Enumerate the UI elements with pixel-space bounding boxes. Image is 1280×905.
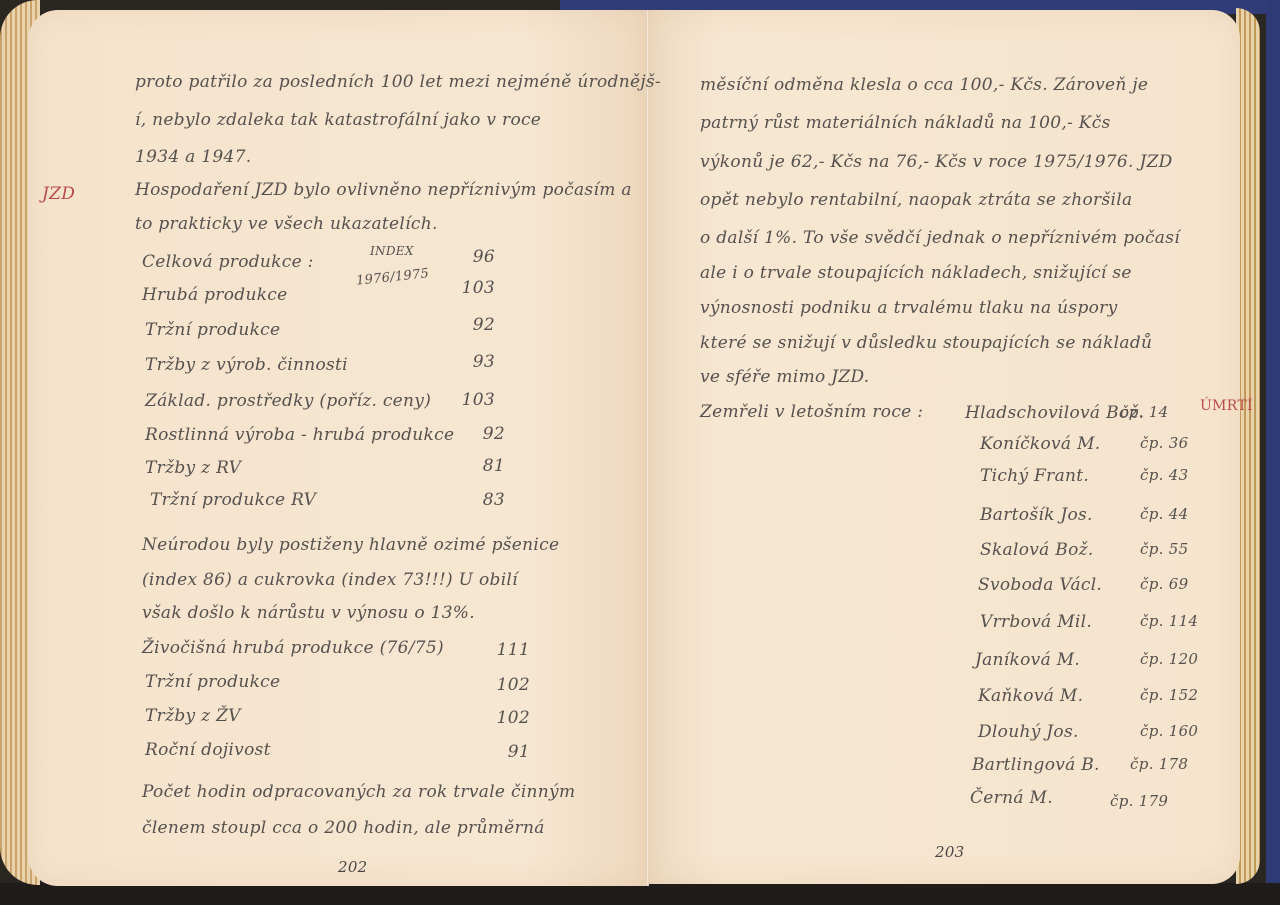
text-line: (index 86) a cukrovka (index 73!!!) U ob…: [142, 570, 518, 590]
table-row-value: 96: [435, 247, 495, 267]
death-house: čp. 14: [1120, 403, 1168, 421]
text-line: o další 1%. To vše svědčí jednak o nepří…: [700, 228, 1180, 248]
table-row-value: 102: [470, 675, 530, 695]
table-row-value: 91: [470, 742, 530, 762]
death-house: čp. 178: [1130, 755, 1188, 773]
text-line: výnosnosti podniku a trvalému tlaku na ú…: [700, 298, 1118, 318]
text-line: Počet hodin odpracovaných za rok trvale …: [142, 782, 575, 802]
death-name: Bartošík Jos.: [980, 505, 1093, 525]
background-surface: [0, 883, 1280, 905]
deaths-intro: Zemřeli v letošním roce :: [700, 402, 923, 422]
text-line: í, nebylo zdaleka tak katastrofální jako…: [135, 110, 541, 130]
death-house: čp. 55: [1140, 540, 1188, 558]
table-row-value: 103: [435, 390, 495, 410]
table-row-value: 102: [470, 708, 530, 728]
text-line: členem stoupl cca o 200 hodin, ale průmě…: [142, 818, 545, 838]
table-row-value: 92: [435, 315, 495, 335]
margin-note: ÚMRTÍ: [1200, 398, 1253, 414]
text-line: to prakticky ve všech ukazatelích.: [135, 214, 438, 234]
table-row-value: 81: [445, 456, 505, 476]
table-row-label: Hrubá produkce: [142, 285, 287, 305]
death-name: Dlouhý Jos.: [978, 722, 1079, 742]
table-row-label: Roční dojivost: [145, 740, 271, 760]
death-house: čp. 44: [1140, 505, 1188, 523]
text-line: 1934 a 1947.: [135, 147, 251, 167]
table-row-label: Základ. prostředky (poříz. ceny): [145, 391, 431, 411]
margin-note: JZD: [42, 184, 75, 204]
table-row-label: Rostlinná výroba - hrubá produkce: [145, 425, 454, 445]
text-line: proto patřilo za posledních 100 let mezi…: [135, 72, 661, 92]
table-row-label: Tržní produkce: [145, 320, 280, 340]
table-row-value: 93: [435, 352, 495, 372]
text-line: které se snižují v důsledku stoupajících…: [700, 333, 1152, 353]
text-line: opět nebylo rentabilní, naopak ztráta se…: [700, 190, 1132, 210]
death-name: Skalová Bož.: [980, 540, 1094, 560]
page-number: 203: [935, 843, 965, 861]
text-line: Hospodaření JZD bylo ovlivněno nepřízniv…: [135, 180, 632, 200]
death-name: Janíková M.: [975, 650, 1080, 670]
death-house: čp. 114: [1140, 612, 1198, 630]
death-house: čp. 36: [1140, 434, 1188, 452]
death-house: čp. 152: [1140, 686, 1198, 704]
notebook-cover-right: [1266, 0, 1280, 890]
death-name: Černá M.: [970, 788, 1053, 808]
text-line: však došlo k nárůstu v výnosu o 13%.: [142, 603, 475, 623]
death-house: čp. 43: [1140, 466, 1188, 484]
table-row-value: 111: [470, 640, 530, 660]
text-line: patrný růst materiálních nákladů na 100,…: [700, 113, 1111, 133]
table-row-label: Tržby z výrob. činnosti: [145, 355, 348, 375]
table-row-label: Tržby z RV: [145, 458, 241, 478]
death-name: Tichý Frant.: [980, 466, 1089, 486]
death-name: Vrrbová Mil.: [980, 612, 1092, 632]
table-row-value: 103: [435, 278, 495, 298]
death-house: čp. 120: [1140, 650, 1198, 668]
death-name: Bartlingová B.: [972, 755, 1100, 775]
death-name: Kaňková M.: [978, 686, 1083, 706]
text-line: Neúrodou byly postiženy hlavně ozimé pše…: [142, 535, 559, 555]
death-name: Koníčková M.: [980, 434, 1100, 454]
text-line: výkonů je 62,- Kčs na 76,- Kčs v roce 19…: [700, 152, 1173, 172]
death-name: Svoboda Václ.: [978, 575, 1102, 595]
text-line: ve sféře mimo JZD.: [700, 367, 870, 387]
left-page: [28, 10, 648, 886]
death-name: Hladschovilová Bož.: [965, 403, 1144, 423]
table-row-label: Tržní produkce RV: [150, 490, 316, 510]
table-row-value: 83: [445, 490, 505, 510]
table-row-label: Tržby z ŽV: [145, 706, 241, 726]
page-number: 202: [338, 858, 368, 876]
table-row-value: 92: [445, 424, 505, 444]
text-line: měsíční odměna klesla o cca 100,- Kčs. Z…: [700, 75, 1148, 95]
table-row-label: Tržní produkce: [145, 672, 280, 692]
death-house: čp. 69: [1140, 575, 1188, 593]
index-label: INDEX: [370, 244, 414, 258]
text-line: ale i o trvale stoupajících nákladech, s…: [700, 263, 1132, 283]
death-house: čp. 160: [1140, 722, 1198, 740]
table-row-label: Živočišná hrubá produkce (76/75): [142, 638, 444, 658]
table-row-label: Celková produkce :: [142, 252, 314, 272]
death-house: čp. 179: [1110, 792, 1168, 810]
